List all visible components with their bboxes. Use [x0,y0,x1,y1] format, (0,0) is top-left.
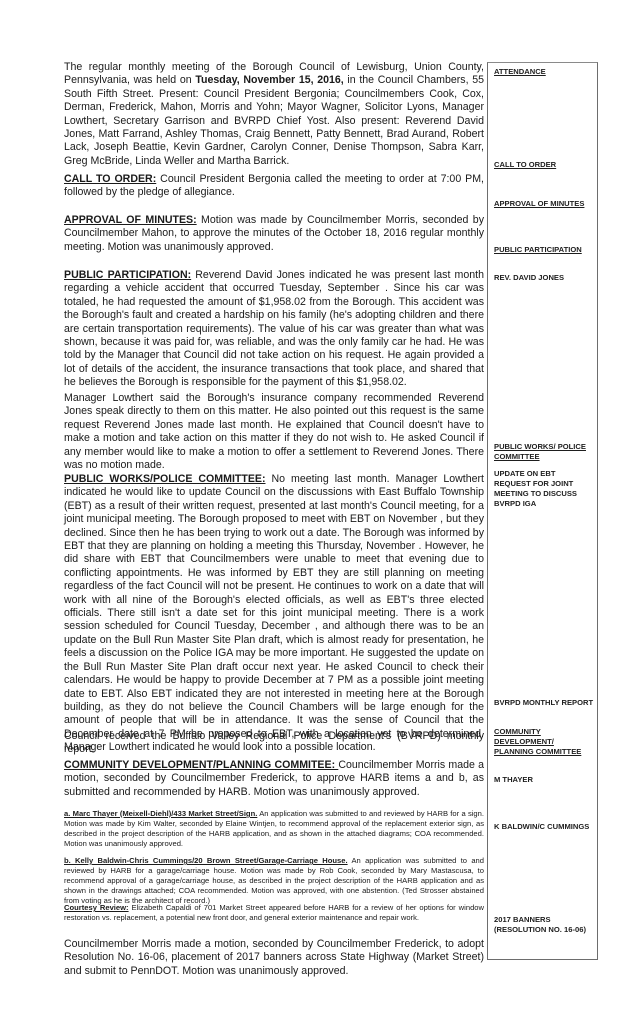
call-to-order-heading: CALL TO ORDER: [64,173,156,185]
meeting-date: Tuesday, November 15, 2016, [195,74,343,86]
margin-notes-box: ATTENDANCE CALL TO ORDER APPROVAL OF MIN… [487,62,598,960]
sidebar-item-k-baldwin: K BALDWIN/C CUMMINGS [494,822,594,832]
courtesy-review-heading: Courtesy Review: [64,903,129,912]
sidebar-item-public-participation: PUBLIC PARTICIPATION [494,245,594,255]
harb-item-b-heading: b. Kelly Baldwin-Chris Cummings/20 Brown… [64,856,348,865]
approval-of-minutes-paragraph: APPROVAL OF MINUTES: Motion was made by … [64,214,484,254]
harb-item-a-heading: a. Marc Thayer (Meixell-Diehl)/433 Marke… [64,809,257,818]
harb-item-a: a. Marc Thayer (Meixell-Diehl)/433 Marke… [64,809,484,849]
public-works-text: No meeting last month. Manager Lowthert … [64,473,484,753]
sidebar-item-community-development: COMMUNITY DEVELOPMENT/ PLANNING COMMITTE… [494,727,594,757]
sidebar-item-m-thayer: M THAYER [494,775,594,785]
community-development-paragraph: COMMUNITY DEVELOPMENT/PLANNING COMMITEE:… [64,759,484,799]
attendance-text-cont: in the Council Chambers, 55 South Fifth … [64,74,484,166]
sidebar-item-2017-banners: 2017 BANNERS (RESOLUTION NO. 16-06) [494,915,594,935]
public-participation-paragraph: PUBLIC PARTICIPATION: Reverend David Jon… [64,269,484,390]
public-participation-text: Reverend David Jones indicated he was pr… [64,269,484,388]
sidebar-item-approval-of-minutes: APPROVAL OF MINUTES [494,199,594,209]
bvrpd-report-paragraph: Council received the Buffalo Valley Regi… [64,730,484,757]
public-works-paragraph: PUBLIC WORKS/POLICE COMMITTEE: No meetin… [64,473,484,755]
sidebar-item-attendance: ATTENDANCE [494,67,594,77]
manager-response-paragraph: Manager Lowthert said the Borough's insu… [64,392,484,472]
community-development-heading: COMMUNITY DEVELOPMENT/PLANNING COMMITEE: [64,759,338,771]
sidebar-item-call-to-order: CALL TO ORDER [494,160,594,170]
sidebar-item-ebt-update: UPDATE ON EBT REQUEST FOR JOINT MEETING … [494,469,594,509]
public-participation-heading: PUBLIC PARTICIPATION: [64,269,191,281]
courtesy-review: Courtesy Review: Elizabeth Capaldi of 70… [64,903,484,923]
sidebar-item-rev-david-jones: REV. DAVID JONES [494,273,594,283]
public-works-heading: PUBLIC WORKS/POLICE COMMITTEE: [64,473,266,485]
banners-paragraph: Councilmember Morris made a motion, seco… [64,938,484,978]
sidebar-item-bvrpd-report: BVRPD MONTHLY REPORT [494,698,594,708]
harb-item-b: b. Kelly Baldwin-Chris Cummings/20 Brown… [64,856,484,906]
approval-of-minutes-heading: APPROVAL OF MINUTES: [64,214,197,226]
attendance-paragraph: The regular monthly meeting of the Borou… [64,61,484,168]
sidebar-item-public-works: PUBLIC WORKS/ POLICE COMMITTEE [494,442,594,462]
call-to-order-paragraph: CALL TO ORDER: Council President Bergoni… [64,173,484,200]
